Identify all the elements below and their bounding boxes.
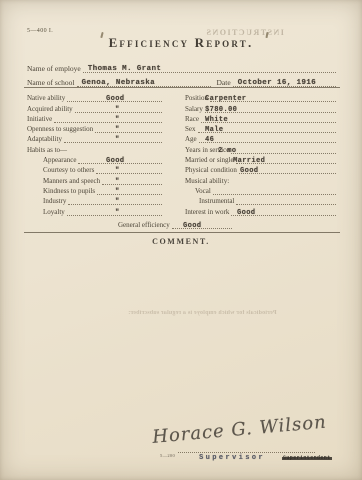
school-and-date-row: Name of school Genoa, Nebraska Date Octo… <box>27 75 338 87</box>
print-run-code: 5—200 <box>160 453 175 458</box>
comment-heading: COMMENT. <box>0 237 362 246</box>
rating-label: Appearance <box>27 156 76 164</box>
horizontal-rule <box>24 232 340 233</box>
employe-name-field-line: Thomas M. Grant <box>83 65 336 73</box>
rating-label: Courtesy to others <box>27 166 94 174</box>
rating-row: Initiative" <box>27 113 164 123</box>
detail-row: Years in service2 mo <box>185 143 338 153</box>
detail-row: Physical conditionGood <box>185 164 338 174</box>
rating-label: Loyalty <box>27 208 65 216</box>
rating-row: Habits as to— <box>27 143 164 153</box>
rating-label: Habits as to— <box>27 146 67 154</box>
rating-row: Acquired ability" <box>27 102 164 112</box>
detail-row: RaceWhite <box>185 113 338 123</box>
signature-handwriting: Horace G. Wilson <box>151 411 332 448</box>
detail-label: Instrumental <box>185 197 234 205</box>
school-name-value: Genoa, Nebraska <box>82 79 156 87</box>
detail-row: SexMale <box>185 123 338 133</box>
rating-label: Kindness to pupils <box>27 187 95 195</box>
rating-label: Industry <box>27 197 66 205</box>
detail-label: Physical condition <box>185 166 237 174</box>
detail-label: Vocal <box>185 187 211 195</box>
detail-label: Age <box>185 135 197 143</box>
school-name-label: Name of school <box>27 78 75 87</box>
detail-label: Married or single <box>185 156 234 164</box>
ratings-left-column: Native abilityGood Acquired ability" Ini… <box>27 92 185 216</box>
detail-value: Good <box>237 209 255 217</box>
ratings-section: Native abilityGood Acquired ability" Ini… <box>27 92 338 216</box>
employe-name-value: Thomas M. Grant <box>88 65 162 73</box>
general-efficiency-label: General efficiency <box>118 221 170 229</box>
detail-row: Age46 <box>185 133 338 143</box>
dotted-leader <box>172 228 232 229</box>
date-label: Date <box>217 78 231 87</box>
details-right-column: PositionCarpenter Salary$780.00 RaceWhit… <box>185 92 338 216</box>
employe-name-label: Name of employe <box>27 64 81 73</box>
detail-label: Race <box>185 115 199 123</box>
rating-row: Loyalty" <box>27 205 164 215</box>
rating-label: Native ability <box>27 94 65 102</box>
date-field-line: October 16, 1916 <box>233 79 336 87</box>
supervisor-title-label: Supervisor <box>199 454 265 462</box>
rating-row: Kindness to pupils" <box>27 185 164 195</box>
rating-value: " <box>115 209 120 217</box>
general-efficiency-value: Good <box>183 222 201 230</box>
rating-row: Native abilityGood <box>27 92 164 102</box>
detail-row: Salary$780.00 <box>185 102 338 112</box>
horizontal-rule <box>24 87 340 88</box>
efficiency-report-document: INSTRUCTIONS Periodicals for which emplo… <box>0 0 362 480</box>
signature-line <box>178 452 315 453</box>
rating-label: Initiative <box>27 115 52 123</box>
rating-row: Courtesy to others" <box>27 164 164 174</box>
rating-label: Openness to suggestion <box>27 125 93 133</box>
school-name-field-line: Genoa, Nebraska <box>77 79 211 87</box>
rating-row: Openness to suggestion" <box>27 123 164 133</box>
date-value: October 16, 1916 <box>238 79 316 87</box>
detail-row: PositionCarpenter <box>185 92 338 102</box>
rating-row: Manners and speech" <box>27 174 164 184</box>
rating-label: Manners and speech <box>27 177 100 185</box>
rating-row: AppearanceGood <box>27 154 164 164</box>
detail-row: Interest in workGood <box>185 205 338 215</box>
general-efficiency-row: General efficiency Good <box>118 220 234 229</box>
struck-superintendent-label: Superintendent <box>283 455 331 461</box>
detail-label: Musical ability: <box>185 177 229 185</box>
detail-row: Married or singleMarried <box>185 154 338 164</box>
rating-label: Adaptability <box>27 135 62 143</box>
form-number: 5—400 I. <box>27 28 53 34</box>
rating-row: Adaptability" <box>27 133 164 143</box>
employe-name-row: Name of employe Thomas M. Grant <box>27 61 338 73</box>
detail-label: Salary <box>185 105 203 113</box>
rating-row: Industry" <box>27 195 164 205</box>
detail-label: Interest in work <box>185 208 229 216</box>
detail-row: Vocal <box>185 185 338 195</box>
detail-row: Instrumental <box>185 195 338 205</box>
rating-label: Acquired ability <box>27 105 73 113</box>
detail-row: Musical ability: <box>185 174 338 184</box>
detail-label: Sex <box>185 125 196 133</box>
page-title: Efficiency Report. <box>0 35 362 51</box>
bleedthrough-middle-text: Periodicals for which employe is a regul… <box>128 310 277 316</box>
